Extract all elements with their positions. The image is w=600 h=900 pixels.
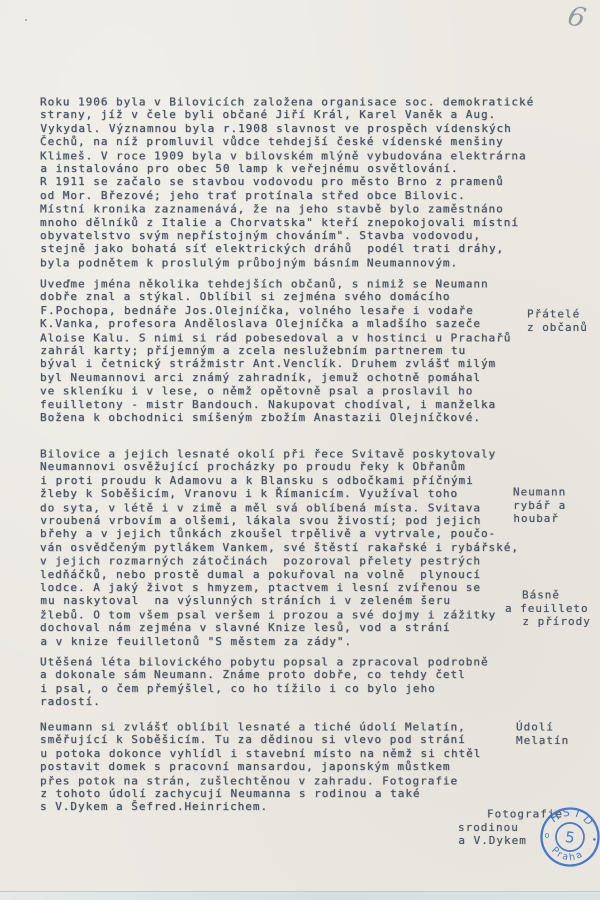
text-line: Místní kronika zaznamenává, že na jeho s… (40, 203, 534, 216)
text-line: v jejich rozmarných zátočinách pozoroval… (40, 555, 519, 568)
svg-text:HSTD: HSTD (546, 802, 599, 831)
margin-note-pratele: Přáteléz občanů (527, 307, 588, 334)
text-line: dochoval nám zejména v slavné Knize lesů… (40, 621, 519, 634)
text-line: Přátelé (527, 307, 588, 321)
text-line: z občanů (527, 321, 588, 335)
text-line: ve skleníku i v lese, o němž opětovně ps… (40, 385, 511, 398)
margin-note-udoli-melatin: ÚdolíMelatín (516, 720, 569, 747)
text-line: Melatín (516, 734, 569, 748)
text-line: přes potok na strán, zušlechtěnou v zahr… (40, 774, 481, 787)
text-line: a instalováno pro obec 50 lamp k veřejné… (40, 162, 534, 175)
text-line: Neumann si zvlášť oblíbil lesnaté a tich… (40, 720, 481, 733)
text-line: z tohoto údolí zachycují Neumanna s rodi… (40, 787, 481, 800)
margin-note-basne: Básněa feuilletoz přírody (505, 588, 590, 629)
stamp-left-letter: o (544, 830, 550, 840)
text-line: byla podnětem k proslulým průbojným básn… (40, 256, 534, 269)
text-line: houbař (513, 512, 566, 526)
text-line: Božena k obchodnici smíšeným zbožím Anas… (40, 411, 511, 424)
text-line: i proti proudu k Adamovu a k Blansku s o… (40, 474, 519, 487)
text-line: od Mor. Březové; jeho trať protínala stř… (40, 189, 534, 202)
paragraph-founding-1906: Roku 1906 byla v Bilovicích založena org… (40, 95, 534, 269)
text-line: lodce. A jaký život s hmyzem, ptactvem i… (40, 581, 519, 594)
text-line: radostí. (40, 695, 489, 708)
handwritten-page-number: 6 (565, 0, 589, 34)
text-line: Údolí (516, 720, 569, 734)
text-line: postavit domek s pracovní mansardou, jap… (40, 760, 481, 773)
text-line: směřující k Soběšicím. Tu za dědinou si … (40, 733, 481, 746)
stamp-right-dot (593, 838, 596, 841)
stamp-number: 5 (564, 828, 576, 847)
text-line: s V.Dykem a Šefred.Heinrichem. (40, 800, 481, 813)
paper-bottom-edge (0, 891, 600, 900)
text-line: Neumann (513, 485, 566, 499)
text-line: Vykydal. Významnou byla r.1908 slavnost … (40, 122, 534, 135)
paragraph-udoli-melatin: Neumann si zvlášť oblíbil lesnaté a tich… (40, 720, 481, 814)
text-line: do syta, v létě i v zimě a měl svá oblíb… (40, 501, 519, 514)
text-line: rybář a (513, 499, 566, 513)
text-line: z přírody (505, 615, 590, 629)
text-line: a feuilleto (505, 602, 590, 616)
text-line: K.Vanka, profesora Anděloslava Olejníčka… (40, 317, 511, 330)
typewritten-page-scan: 6 Roku 1906 byla v Bilovicích založena o… (0, 0, 600, 900)
text-line: dobře znal a stýkal. Oblíbil si zejména … (40, 290, 511, 303)
text-line: býval i četnický strážmistr Ant.Venclík.… (40, 357, 511, 370)
censor-stamp: HSTD Praha o 5 (534, 801, 600, 873)
text-line: a dokonale sám Neumann. Známe proto dobř… (40, 668, 489, 681)
text-line: Uveďme jména několika tehdejších občanů,… (40, 277, 511, 290)
text-line: R 1911 se začalo se stavbou vodovodu pro… (40, 175, 534, 188)
paragraph-utesena-leta: Utěšená léta bilovického pobytu popsal a… (40, 655, 489, 709)
text-line: strany, jíž v čele byli občané Jiří Král… (40, 108, 534, 121)
text-line: a v knize feuilletonů "S městem za zády"… (40, 635, 519, 648)
text-line: Čechů, na níž promluvil vůdce tehdejší č… (40, 135, 534, 148)
text-line: zahrál karty; příjemným a zcela neslužeb… (40, 344, 511, 357)
paragraph-svitava-walks: Bilovice a jejich lesnaté okolí při řece… (40, 447, 519, 648)
paper-speck (25, 19, 27, 21)
paragraph-citizens: Uveďme jména několika tehdejších občanů,… (40, 277, 511, 424)
text-line: Klimeš. V roce 1909 byla v bilovském mlý… (40, 149, 534, 162)
text-line: Utěšená léta bilovického pobytu popsal a… (40, 655, 489, 668)
text-line: F.Pochopa, bednáře Jos.Olejníčka, volnéh… (40, 304, 511, 317)
text-line: žleby k Soběšicím, Vranovu i k Římanicím… (40, 487, 519, 500)
text-line: Neumannovi osvěžující procházky po proud… (40, 460, 519, 473)
text-line: žlebů. O tom všem psal veršem i prozou a… (40, 608, 519, 621)
text-line: ledňáčků, nebo prostě dumal a pokuřoval … (40, 568, 519, 581)
stamp-top-text: HSTD (546, 802, 599, 831)
text-line: mu naskytoval na výslunných stráních i v… (40, 594, 519, 607)
text-line: feuilletony - mistr Bandouch. Nakupovat … (40, 398, 511, 411)
text-line: Básně (505, 588, 590, 602)
text-line: mnoho dělníků z Italie a Chorvatska" kte… (40, 216, 534, 229)
text-line: obyvatelstvo svým nepřístojným chováním"… (40, 229, 534, 242)
text-line: břehy a v jejich tůnkách zkoušel trpěliv… (40, 527, 519, 540)
text-line: byl Neumannovi arci známý zahradník, jem… (40, 371, 511, 384)
margin-note-neumann-rybar: Neumannrybář ahoubař (513, 485, 566, 526)
text-line: Aloise Kalu. S nimi si rád pobesedoval a… (40, 331, 511, 344)
text-line: stejně jako bohatá síť elektrických dráh… (40, 242, 534, 255)
text-line: i psal, o čem přemýšlel, co ho tížilo i … (40, 682, 489, 695)
text-line: vroubená vrbovím a olšemi, lákala svou ž… (40, 514, 519, 527)
text-line: ván osvědčeným pytlákem Vankem, své štěs… (40, 541, 519, 554)
text-line: Roku 1906 byla v Bilovicích založena org… (40, 95, 534, 108)
text-line: u potoka dokonce vyhlídl i stavební míst… (40, 747, 481, 760)
text-line: Bilovice a jejich lesnaté okolí při řece… (40, 447, 519, 460)
